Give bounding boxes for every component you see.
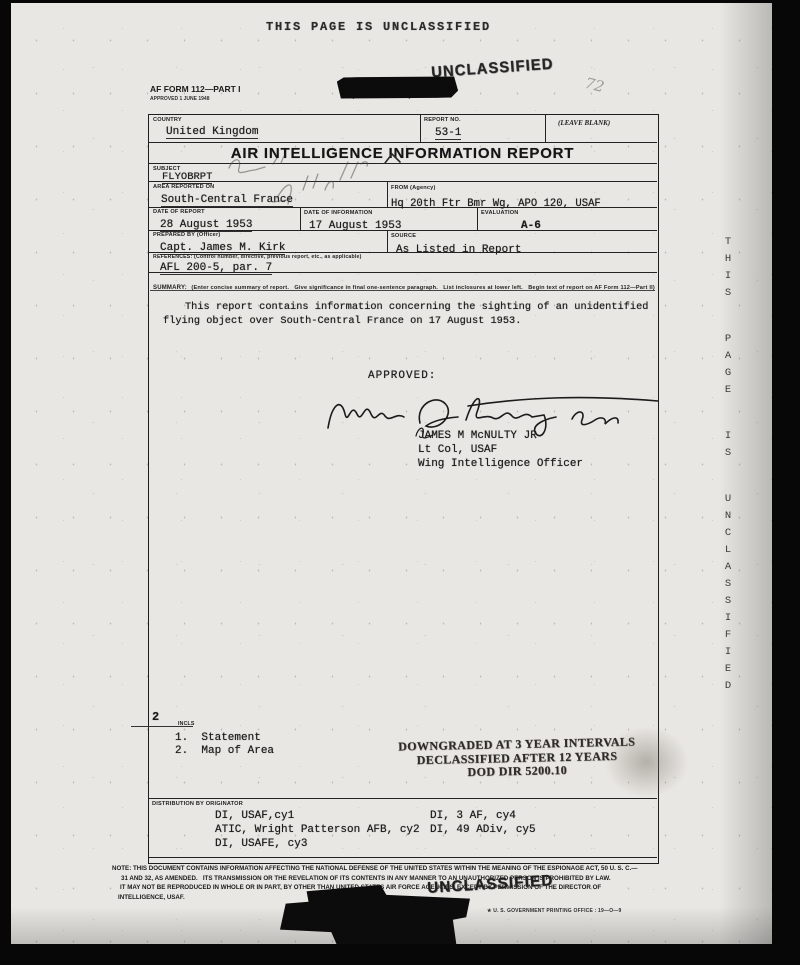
- summary-body-line1: This report contains information concern…: [163, 300, 648, 315]
- approver-name: JAMES M McNULTY JR: [418, 430, 537, 444]
- approver-rank: Lt Col, USAF: [418, 444, 497, 458]
- form-approved-date: APPROVED 1 JUNE 1948: [150, 96, 209, 102]
- approved-heading: APPROVED:: [368, 370, 436, 382]
- note-line: IT MAY NOT BE REPRODUCED IN WHOLE OR IN …: [112, 883, 664, 893]
- date-of-report-label: DATE OF REPORT: [153, 209, 205, 215]
- ink-stain: [604, 726, 689, 798]
- inclosures-label: INCLS: [178, 721, 195, 727]
- scan-edge-top: [0, 0, 800, 3]
- gpo-print-line: ★ U. S. GOVERNMENT PRINTING OFFICE : 19—…: [487, 908, 621, 914]
- distribution-label: DISTRIBUTION BY ORIGINATOR: [152, 801, 243, 807]
- summary-label: SUMMARY:: [153, 285, 187, 291]
- subject-value: FLYOBRPT: [162, 171, 212, 184]
- summary-instructions: (Enter concise summary of report. Give s…: [191, 285, 655, 291]
- handwritten-annotation: [215, 150, 445, 212]
- distribution-entry: DI, USAFE, cy3: [215, 838, 307, 850]
- scan-edge-bottom: [0, 944, 800, 965]
- pencil-checkmark: [383, 152, 403, 166]
- distribution-entry: ATIC, Wright Patterson AFB, cy2: [215, 824, 420, 836]
- top-page-banner: THIS PAGE IS UNCLASSIFIED: [266, 21, 491, 33]
- rule: [148, 142, 657, 143]
- date-of-report-value: 28 August 1953: [160, 219, 252, 232]
- country-label: COUNTRY: [153, 117, 182, 123]
- leave-blank-label: (LEAVE BLANK): [558, 119, 610, 127]
- inclosure-item: 2. Map of Area: [175, 745, 274, 757]
- redaction-bar-top: [337, 75, 459, 101]
- date-of-information-value: 17 August 1953: [309, 220, 401, 232]
- note-line: NOTE: THIS DOCUMENT CONTAINS INFORMATION…: [112, 864, 664, 874]
- scanned-document-page: THIS PAGE IS UNCLASSIFIED UNCLASSIFIED (…: [0, 0, 800, 965]
- summary-body-line2: flying object over South-Central France …: [163, 315, 521, 327]
- side-page-banner: THIS PAGE IS UNCLASSIFIED: [722, 236, 734, 896]
- source-label: SOURCE: [391, 233, 416, 239]
- source-value: As Listed in Report: [396, 244, 521, 256]
- rule: [420, 115, 421, 142]
- scan-edge-left: [0, 0, 11, 965]
- area-reported-label: AREA REPORTED ON: [153, 184, 214, 190]
- rule: [387, 230, 388, 252]
- prepared-by-label: PREPARED BY (Officer): [153, 232, 220, 238]
- report-no-label: REPORT NO.: [424, 117, 461, 123]
- summary-caption: SUMMARY: (Enter concise summary of repor…: [153, 276, 653, 294]
- scan-edge-right: [772, 0, 800, 965]
- rule: [148, 857, 657, 858]
- form-number: AF FORM 112—PART I: [150, 84, 241, 94]
- distribution-entry: DI, 3 AF, cy4: [430, 810, 516, 822]
- note-line: 31 AND 32, AS AMENDED. ITS TRANSMISSION …: [112, 874, 664, 884]
- country-value: United Kingdom: [166, 126, 258, 139]
- approver-title: Wing Intelligence Officer: [418, 458, 583, 472]
- distribution-entry: DI, USAF,cy1: [215, 810, 294, 822]
- references-label: REFERENCES: (Control number, directive, …: [153, 254, 362, 260]
- distribution-entry: DI, 49 ADiv, cy5: [430, 824, 536, 836]
- rule: [477, 207, 478, 230]
- rule: [148, 798, 657, 799]
- inclosure-item: 1. Statement: [175, 732, 261, 744]
- rule: [545, 115, 546, 142]
- evaluation-value: A-6: [521, 220, 541, 232]
- evaluation-label: EVALUATION: [481, 210, 519, 216]
- references-value: AFL 200-5, par. 7: [160, 262, 272, 275]
- summary-text-1: This report contains information concern…: [163, 301, 648, 313]
- report-no-value: 53-1: [435, 127, 461, 140]
- inclosures-count: 2: [152, 711, 159, 723]
